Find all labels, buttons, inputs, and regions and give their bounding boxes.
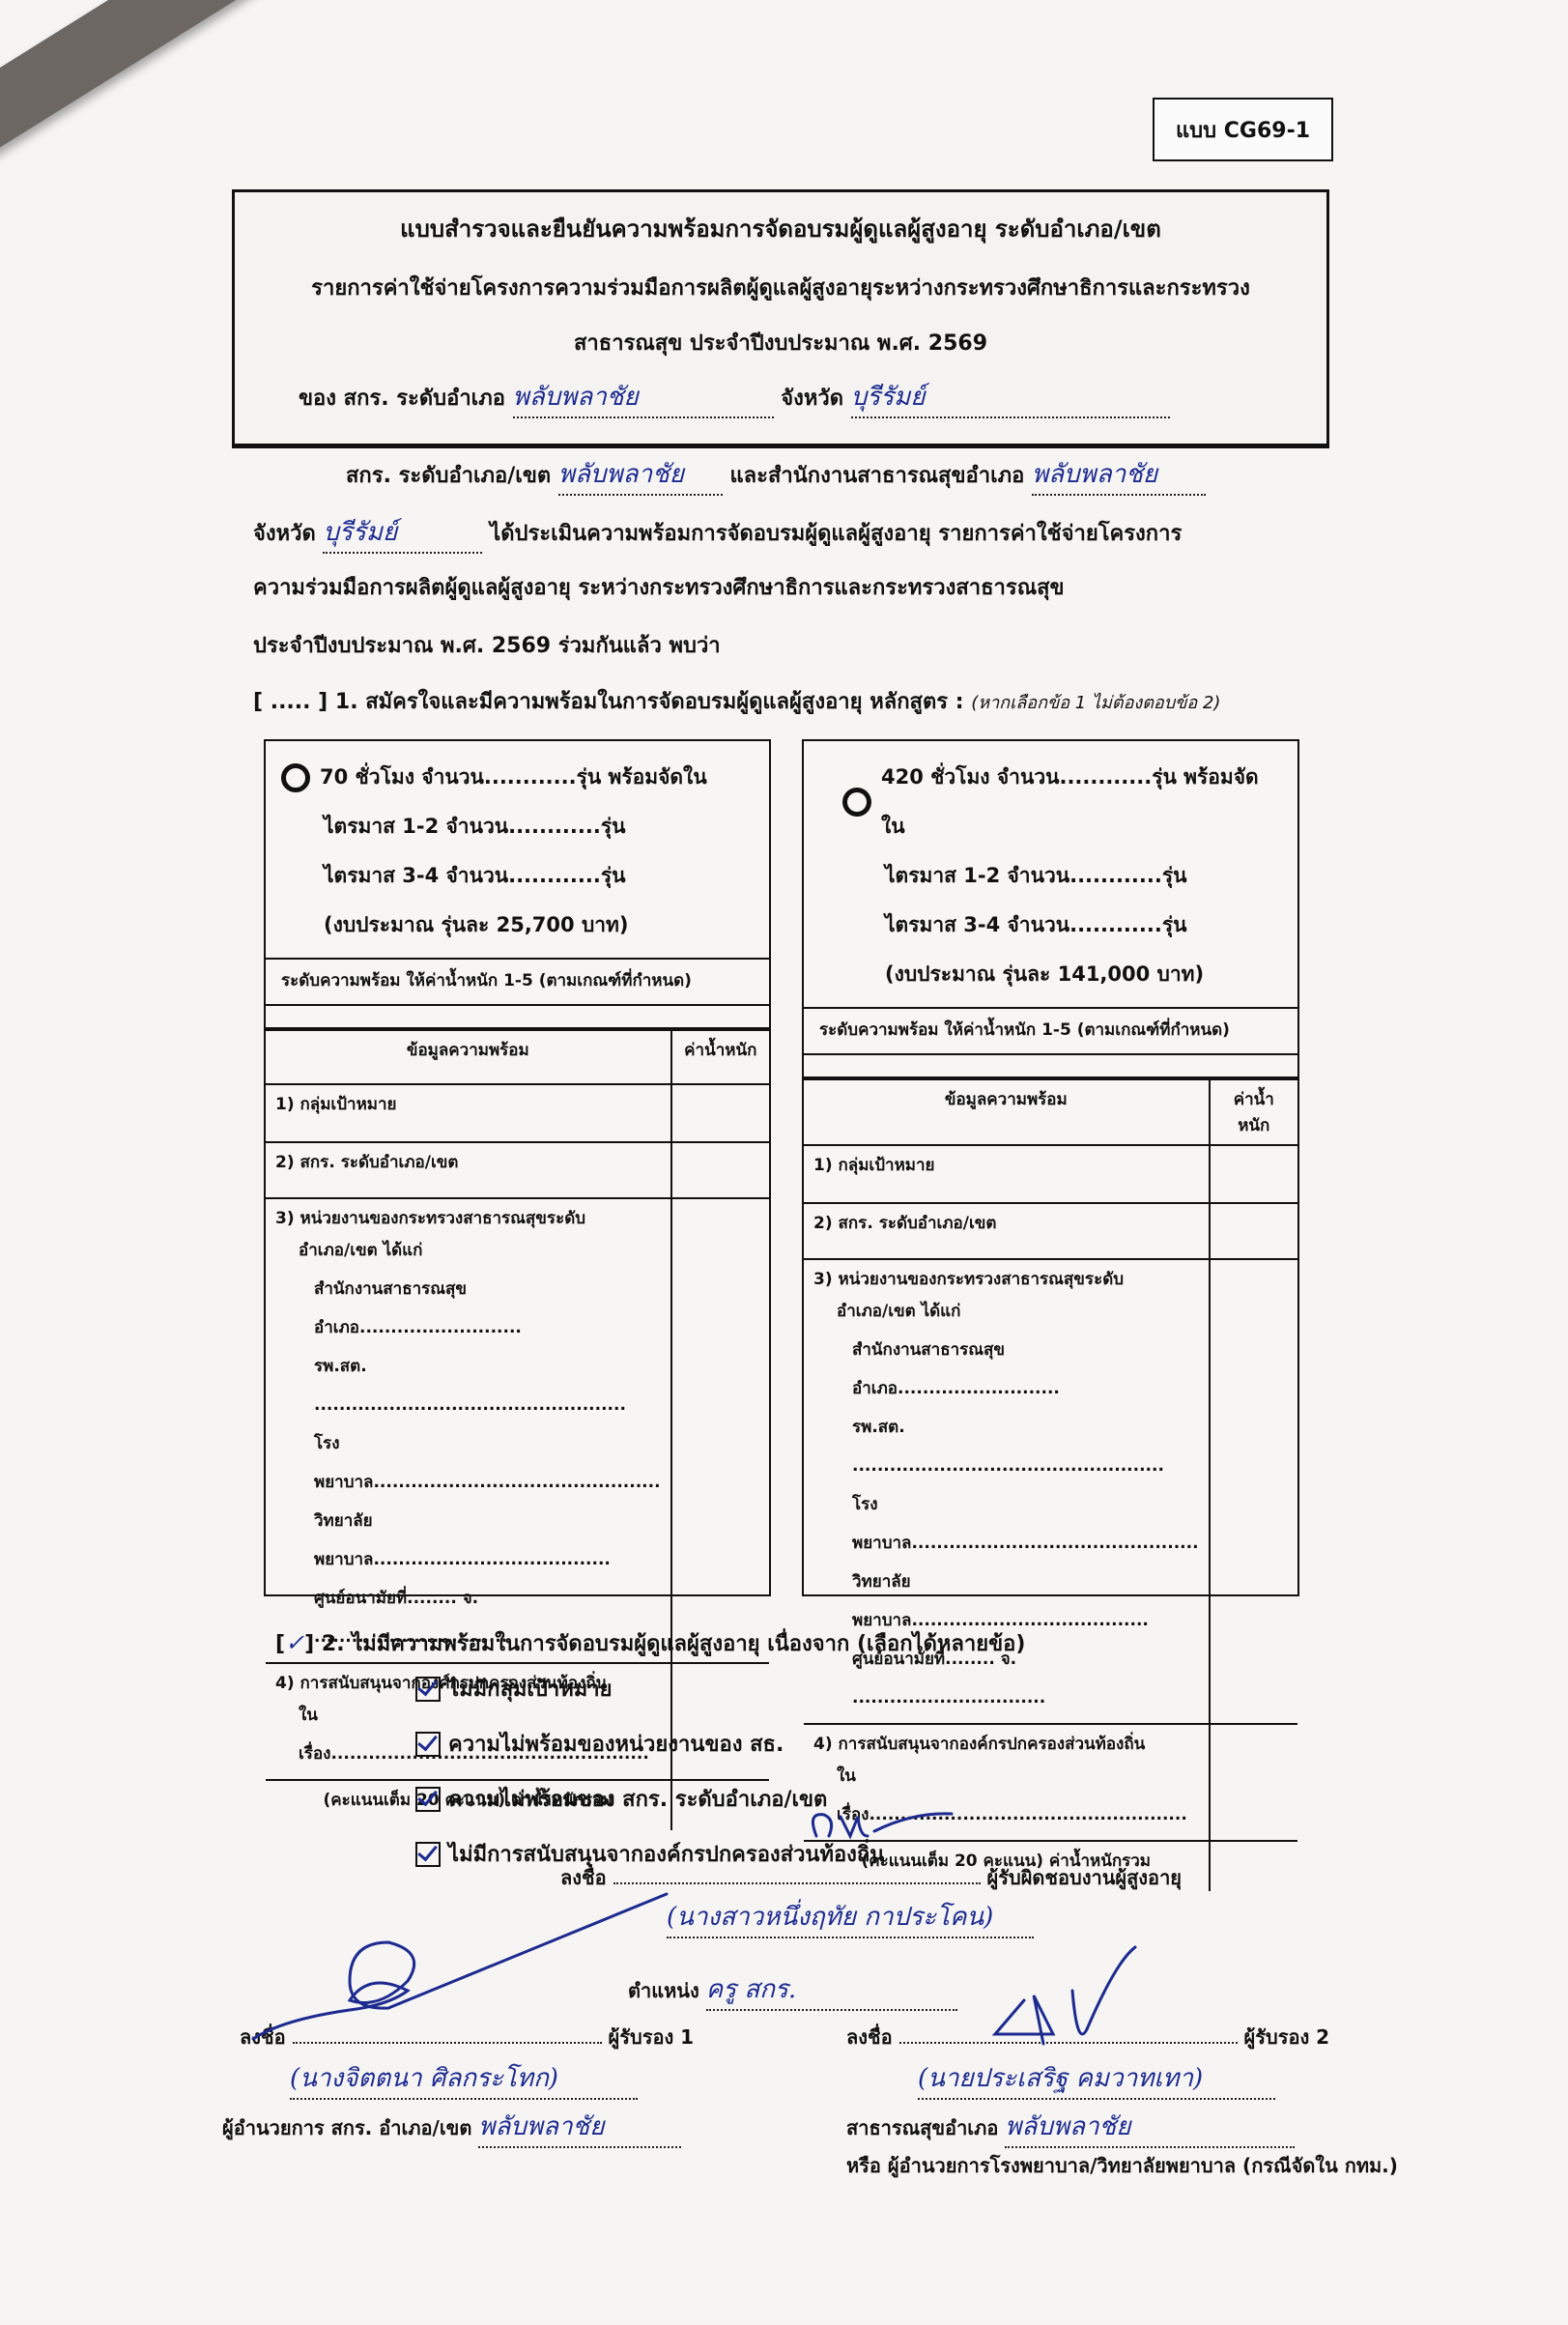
signature-strokes — [0, 0, 1568, 2325]
signature-responsible-icon — [813, 1814, 952, 1836]
signature-certifier1-icon — [253, 1894, 667, 2039]
signature-certifier2-icon — [995, 1947, 1135, 2044]
